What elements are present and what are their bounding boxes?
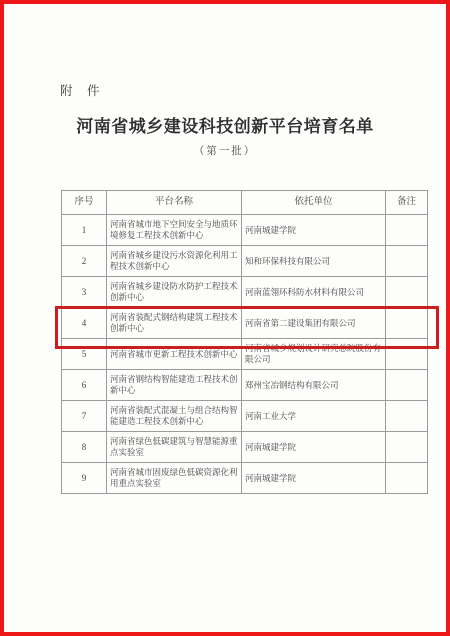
- platform-name: 河南省城乡建设防水防护工程技术创新中心: [107, 277, 242, 308]
- row-number: 3: [62, 277, 107, 308]
- remark: [386, 308, 428, 339]
- supporting-unit: 河南城建学院: [242, 215, 386, 246]
- row-number: 6: [62, 370, 107, 401]
- header-row-number: 序号: [62, 191, 107, 215]
- supporting-unit: 知和环保科技有限公司: [242, 246, 386, 277]
- remark: [386, 339, 428, 370]
- platform-name: 河南省绿色低碳建筑与智慧能源重点实验室: [107, 432, 242, 463]
- table-header-row: 序号 平台名称 依托单位 备注: [62, 191, 428, 215]
- platform-table: 序号 平台名称 依托单位 备注 1河南省城市地下空间安全与地质环境修复工程技术创…: [61, 190, 428, 494]
- remark: [386, 370, 428, 401]
- row-number: 2: [62, 246, 107, 277]
- table-row: 8河南省绿色低碳建筑与智慧能源重点实验室河南城建学院: [62, 432, 428, 463]
- table-row: 1河南省城市地下空间安全与地质环境修复工程技术创新中心河南城建学院: [62, 215, 428, 246]
- row-number: 9: [62, 463, 107, 494]
- remark: [386, 401, 428, 432]
- attachment-label: 附 件: [60, 81, 101, 99]
- table-row: 3河南省城乡建设防水防护工程技术创新中心河南蓝翎环科防水材料有限公司: [62, 277, 428, 308]
- header-remark: 备注: [386, 191, 428, 215]
- header-platform-name: 平台名称: [107, 191, 242, 215]
- remark: [386, 277, 428, 308]
- header-supporting-unit: 依托单位: [242, 191, 386, 215]
- supporting-unit: 河南城建学院: [242, 463, 386, 494]
- platform-name: 河南省城市地下空间安全与地质环境修复工程技术创新中心: [107, 215, 242, 246]
- table-row: 9河南省城市固废绿色低碳资源化利用重点实验室河南城建学院: [62, 463, 428, 494]
- platform-name: 河南省装配式钢结构建筑工程技术创新中心: [107, 308, 242, 339]
- platform-name: 河南省装配式混凝土与组合结构智能建造工程技术创新中心: [107, 401, 242, 432]
- table-row: 5河南省城市更新工程技术创新中心河南省城乡规划设计研究总院股份有限公司: [62, 339, 428, 370]
- document-page: 附 件 河南省城乡建设科技创新平台培育名单 （第一批） 序号 平台名称 依托单位…: [0, 0, 450, 636]
- platform-name: 河南省城市更新工程技术创新中心: [107, 339, 242, 370]
- remark: [386, 246, 428, 277]
- supporting-unit: 河南蓝翎环科防水材料有限公司: [242, 277, 386, 308]
- table-row: 7河南省装配式混凝土与组合结构智能建造工程技术创新中心河南工业大学: [62, 401, 428, 432]
- platform-name: 河南省钢结构智能建造工程技术创新中心: [107, 370, 242, 401]
- remark: [386, 215, 428, 246]
- table-row: 2河南省城乡建设污水资源化利用工程技术创新中心知和环保科技有限公司: [62, 246, 428, 277]
- supporting-unit: 河南城建学院: [242, 432, 386, 463]
- row-number: 5: [62, 339, 107, 370]
- row-number: 4: [62, 308, 107, 339]
- supporting-unit: 河南省第二建设集团有限公司: [242, 308, 386, 339]
- supporting-unit: 河南省城乡规划设计研究总院股份有限公司: [242, 339, 386, 370]
- row-number: 8: [62, 432, 107, 463]
- platform-name: 河南省城乡建设污水资源化利用工程技术创新中心: [107, 246, 242, 277]
- supporting-unit: 河南工业大学: [242, 401, 386, 432]
- row-number: 1: [62, 215, 107, 246]
- page-subtitle: （第一批）: [4, 143, 446, 158]
- remark: [386, 463, 428, 494]
- supporting-unit: 郑州宝冶钢结构有限公司: [242, 370, 386, 401]
- row-number: 7: [62, 401, 107, 432]
- remark: [386, 432, 428, 463]
- table-row: 4河南省装配式钢结构建筑工程技术创新中心河南省第二建设集团有限公司: [62, 308, 428, 339]
- table-row: 6河南省钢结构智能建造工程技术创新中心郑州宝冶钢结构有限公司: [62, 370, 428, 401]
- platform-name: 河南省城市固废绿色低碳资源化利用重点实验室: [107, 463, 242, 494]
- page-title: 河南省城乡建设科技创新平台培育名单: [4, 112, 446, 137]
